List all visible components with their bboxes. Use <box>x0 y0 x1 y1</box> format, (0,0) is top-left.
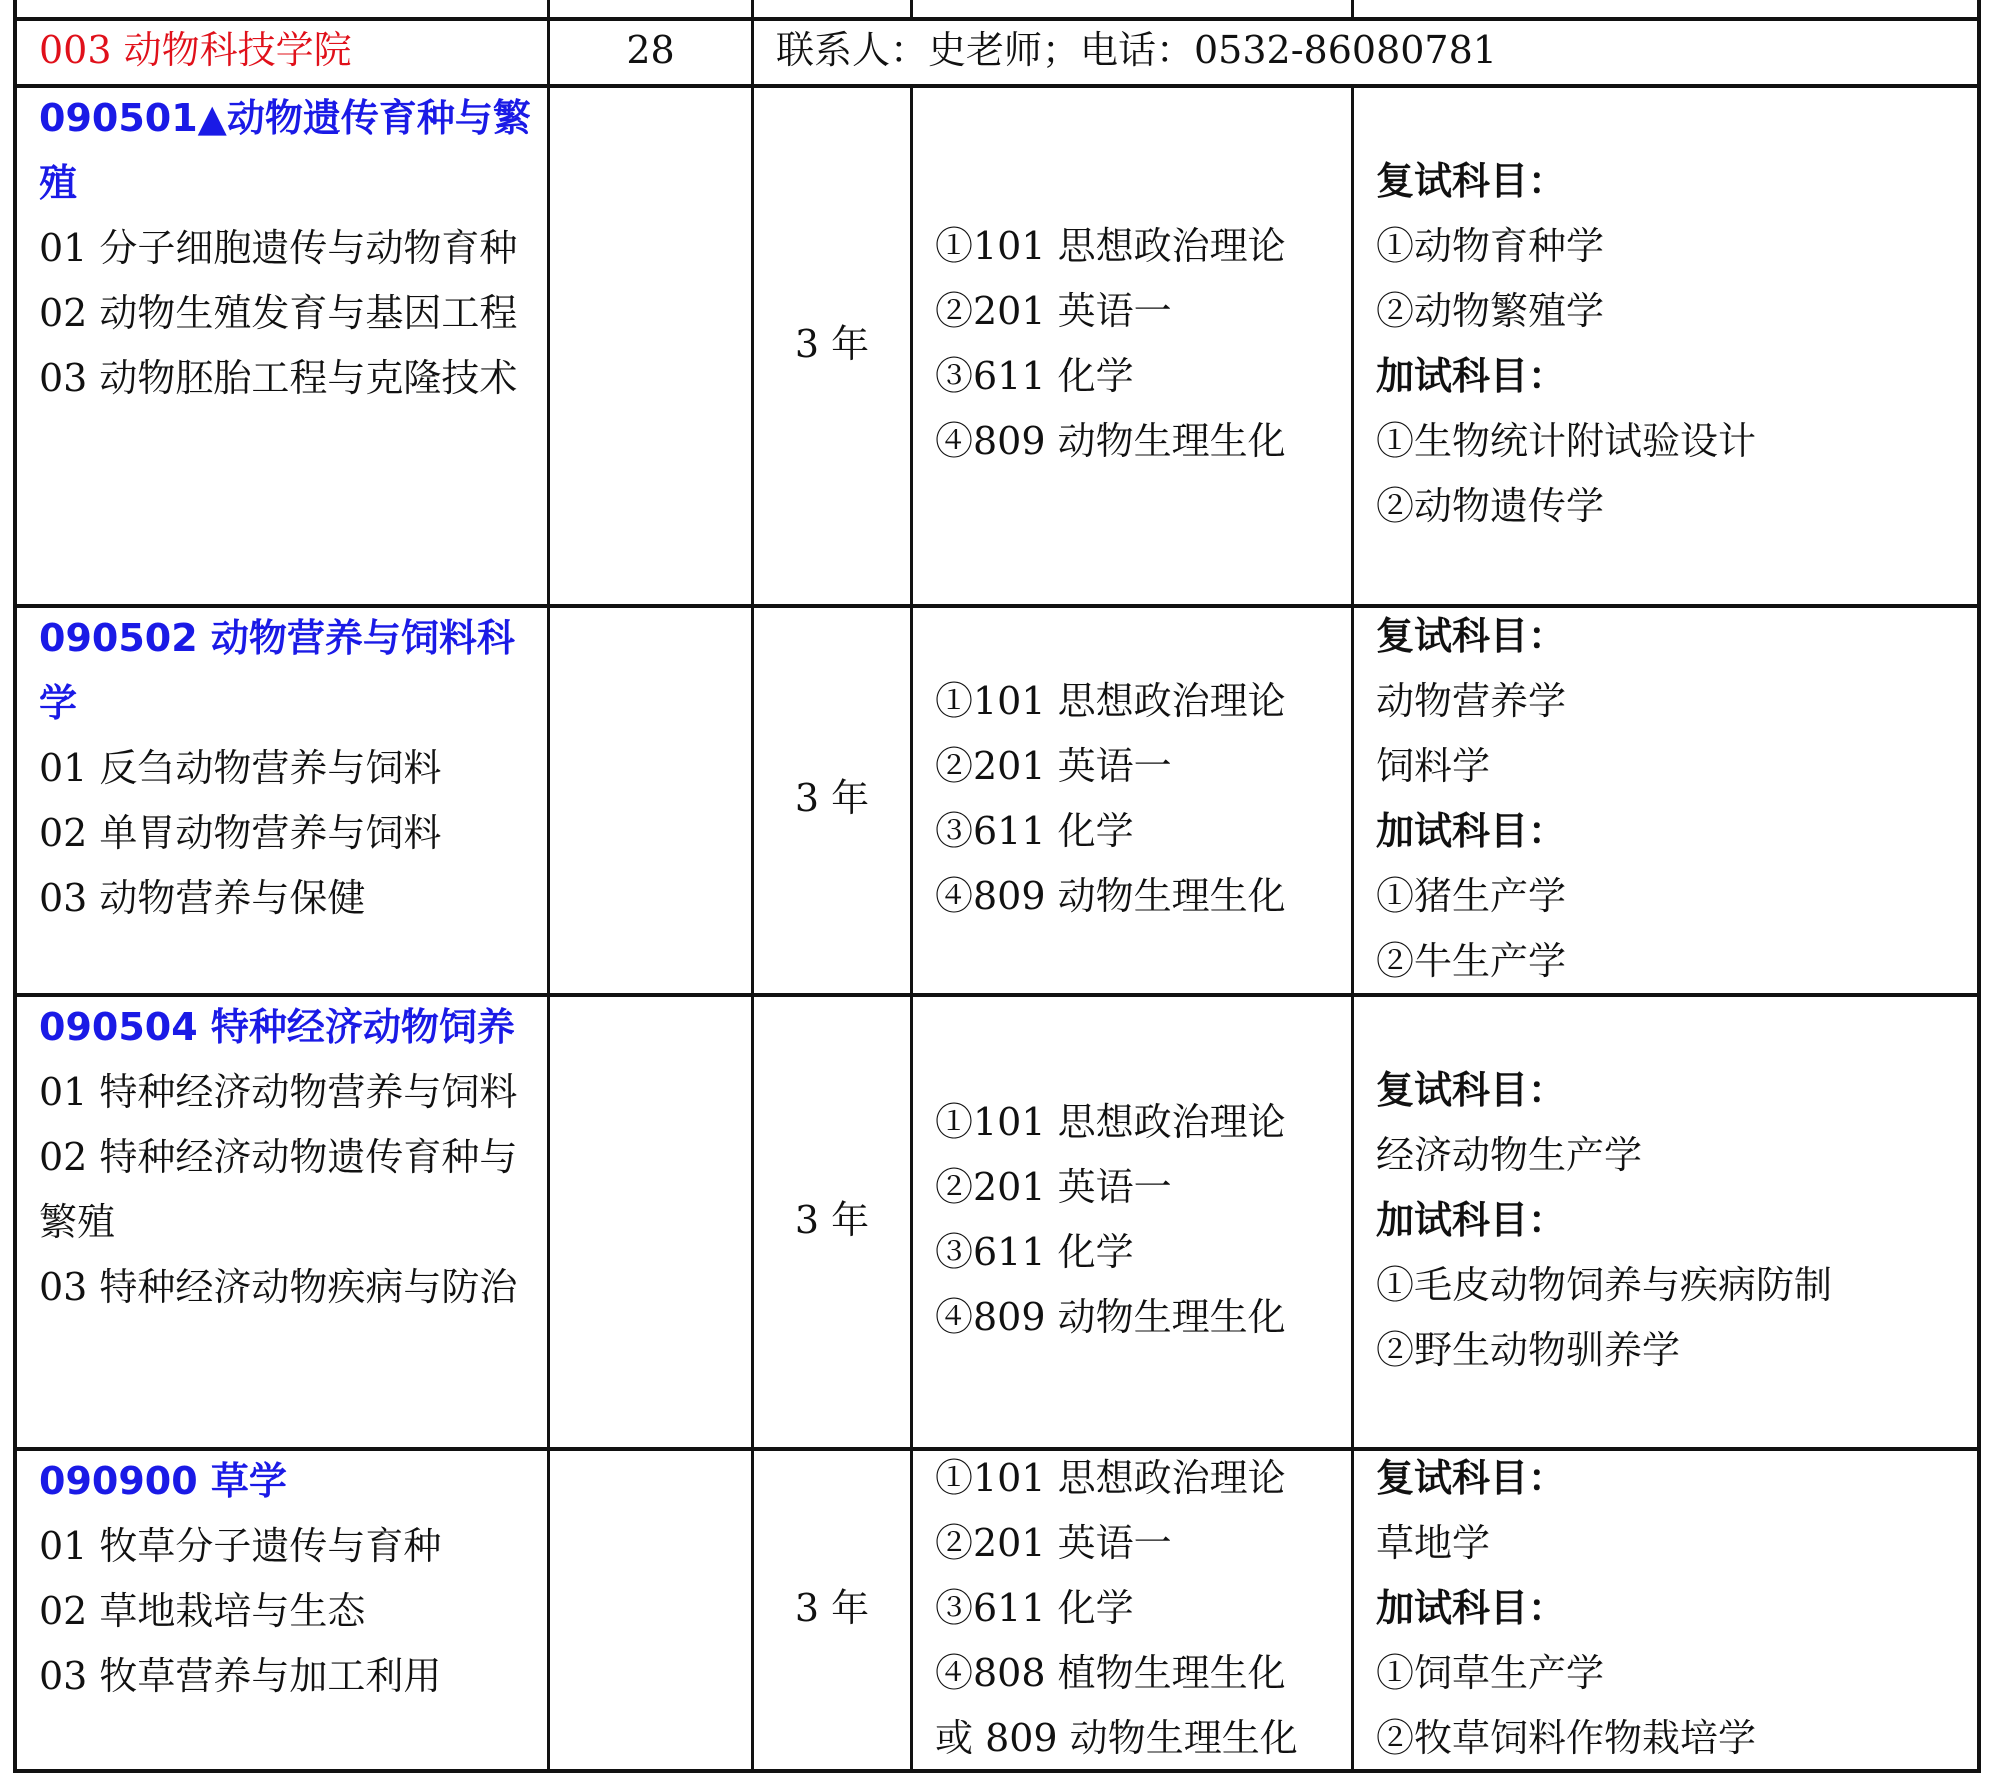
direction-item: 03 动物营养与保健 <box>39 866 539 931</box>
retest-label: 复试科目： <box>1376 604 1977 669</box>
program-title: 090900 草学 <box>39 1449 539 1514</box>
extra-subject: ②野生动物驯养学 <box>1376 1318 1977 1383</box>
exam-subject: 或 809 动物生理生化 <box>935 1706 1351 1771</box>
retest-cell: 复试科目： ①动物育种学 ②动物繁殖学 加试科目： ①生物统计附试验设计 ②动物… <box>1351 84 1981 604</box>
exam-subject: ②201 英语一 <box>935 1155 1351 1220</box>
exam-subject: ①101 思想政治理论 <box>935 669 1351 734</box>
exam-subject: ①101 思想政治理论 <box>935 1090 1351 1155</box>
direction-item: 02 动物生殖发育与基因工程 <box>39 281 539 346</box>
college-contact: 联系人：史老师；电话：0532-86080781 <box>776 18 1977 83</box>
extra-subject: ①毛皮动物饲养与疾病防制 <box>1376 1253 1977 1318</box>
direction-item: 02 草地栽培与生态 <box>39 1579 539 1644</box>
exam-subject: ④808 植物生理生化 <box>935 1641 1351 1706</box>
duration: 3 年 <box>795 312 869 377</box>
quota-cell <box>547 993 751 1447</box>
cell <box>910 0 1351 17</box>
exam-subject: ③611 化学 <box>935 1576 1351 1641</box>
college-contact-cell: 联系人：史老师；电话：0532-86080781 <box>751 17 1981 84</box>
program-row: 090504 特种经济动物饲养 01 特种经济动物营养与饲料 02 特种经济动物… <box>13 993 1981 1451</box>
exam-subjects-cell: ①101 思想政治理论 ②201 英语一 ③611 化学 ④809 动物生理生化 <box>910 604 1351 993</box>
duration-cell: 3 年 <box>751 604 910 993</box>
exam-subject: ①101 思想政治理论 <box>935 214 1351 279</box>
retest-subject: 草地学 <box>1376 1511 1977 1576</box>
duration-cell: 3 年 <box>751 84 910 604</box>
college-name: 003 动物科技学院 <box>39 18 547 83</box>
direction-item: 03 动物胚胎工程与克隆技术 <box>39 346 539 411</box>
exam-subject: ③611 化学 <box>935 344 1351 409</box>
direction-item: 02 特种经济动物遗传育种与繁殖 <box>39 1125 539 1255</box>
exam-subject: ②201 英语一 <box>935 734 1351 799</box>
quota-cell <box>547 1447 751 1769</box>
exam-subject: ②201 英语一 <box>935 279 1351 344</box>
extra-subject: ②牛生产学 <box>1376 929 1977 994</box>
quota-cell <box>547 84 751 604</box>
retest-label: 复试科目： <box>1376 1446 1977 1511</box>
retest-label: 复试科目： <box>1376 1058 1977 1123</box>
direction-item: 03 牧草营养与加工利用 <box>39 1644 539 1709</box>
extra-subject: ①猪生产学 <box>1376 864 1977 929</box>
program-title: 090504 特种经济动物饲养 <box>39 995 539 1060</box>
direction-item: 01 特种经济动物营养与饲料 <box>39 1060 539 1125</box>
program-row: 090900 草学 01 牧草分子遗传与育种 02 草地栽培与生态 03 牧草营… <box>13 1447 1981 1773</box>
extra-subject: ①生物统计附试验设计 <box>1376 409 1977 474</box>
retest-cell: 复试科目： 草地学 加试科目： ①饲草生产学 ②牧草饲料作物栽培学 <box>1351 1447 1981 1769</box>
retest-subject: 动物营养学 <box>1376 669 1977 734</box>
extra-subject: ②牧草饲料作物栽培学 <box>1376 1706 1977 1771</box>
direction-item: 01 分子细胞遗传与动物育种 <box>39 216 539 281</box>
college-quota-cell: 28 <box>547 17 751 84</box>
cell <box>547 0 751 17</box>
exam-subject: ③611 化学 <box>935 799 1351 864</box>
program-info-cell: 090504 特种经济动物饲养 01 特种经济动物营养与饲料 02 特种经济动物… <box>13 993 547 1447</box>
cell <box>751 0 910 17</box>
program-info-cell: 090501▲动物遗传育种与繁殖 01 分子细胞遗传与动物育种 02 动物生殖发… <box>13 84 547 604</box>
extra-subject: ②动物遗传学 <box>1376 474 1977 539</box>
duration: 3 年 <box>795 1188 869 1253</box>
direction-item: 03 特种经济动物疾病与防治 <box>39 1255 539 1320</box>
retest-subject: ①动物育种学 <box>1376 214 1977 279</box>
extra-label: 加试科目： <box>1376 1188 1977 1253</box>
exam-subject: ④809 动物生理生化 <box>935 409 1351 474</box>
exam-subject: ④809 动物生理生化 <box>935 864 1351 929</box>
retest-label: 复试科目： <box>1376 149 1977 214</box>
retest-subject: ②动物繁殖学 <box>1376 279 1977 344</box>
college-row: 003 动物科技学院 28 联系人：史老师；电话：0532-86080781 <box>13 17 1981 88</box>
extra-label: 加试科目： <box>1376 1576 1977 1641</box>
cell <box>1351 0 1981 17</box>
college-quota: 28 <box>626 18 674 83</box>
extra-label: 加试科目： <box>1376 344 1977 409</box>
duration: 3 年 <box>795 766 869 831</box>
retest-cell: 复试科目： 经济动物生产学 加试科目： ①毛皮动物饲养与疾病防制 ②野生动物驯养… <box>1351 993 1981 1447</box>
duration: 3 年 <box>795 1576 869 1641</box>
direction-item: 01 牧草分子遗传与育种 <box>39 1514 539 1579</box>
exam-subject: ②201 英语一 <box>935 1511 1351 1576</box>
program-title: 090501▲动物遗传育种与繁殖 <box>39 86 539 216</box>
exam-subject: ③611 化学 <box>935 1220 1351 1285</box>
exam-subject: ④809 动物生理生化 <box>935 1285 1351 1350</box>
duration-cell: 3 年 <box>751 993 910 1447</box>
retest-cell: 复试科目： 动物营养学 饲料学 加试科目： ①猪生产学 ②牛生产学 <box>1351 604 1981 993</box>
exam-subject: ①101 思想政治理论 <box>935 1446 1351 1511</box>
program-info-cell: 090900 草学 01 牧草分子遗传与育种 02 草地栽培与生态 03 牧草营… <box>13 1447 547 1769</box>
duration-cell: 3 年 <box>751 1447 910 1769</box>
quota-cell <box>547 604 751 993</box>
direction-item: 02 单胃动物营养与饲料 <box>39 801 539 866</box>
retest-subject: 饲料学 <box>1376 734 1977 799</box>
exam-subjects-cell: ①101 思想政治理论 ②201 英语一 ③611 化学 ④809 动物生理生化 <box>910 993 1351 1447</box>
cell <box>13 0 547 17</box>
college-name-cell: 003 动物科技学院 <box>13 17 547 84</box>
extra-label: 加试科目： <box>1376 799 1977 864</box>
retest-subject: 经济动物生产学 <box>1376 1123 1977 1188</box>
direction-item: 01 反刍动物营养与饲料 <box>39 736 539 801</box>
exam-subjects-cell: ①101 思想政治理论 ②201 英语一 ③611 化学 ④808 植物生理生化… <box>910 1447 1351 1769</box>
exam-subjects-cell: ①101 思想政治理论 ②201 英语一 ③611 化学 ④809 动物生理生化 <box>910 84 1351 604</box>
program-info-cell: 090502 动物营养与饲料科学 01 反刍动物营养与饲料 02 单胃动物营养与… <box>13 604 547 993</box>
program-row: 090502 动物营养与饲料科学 01 反刍动物营养与饲料 02 单胃动物营养与… <box>13 604 1981 997</box>
program-title: 090502 动物营养与饲料科学 <box>39 606 539 736</box>
extra-subject: ①饲草生产学 <box>1376 1641 1977 1706</box>
program-row: 090501▲动物遗传育种与繁殖 01 分子细胞遗传与动物育种 02 动物生殖发… <box>13 84 1981 608</box>
